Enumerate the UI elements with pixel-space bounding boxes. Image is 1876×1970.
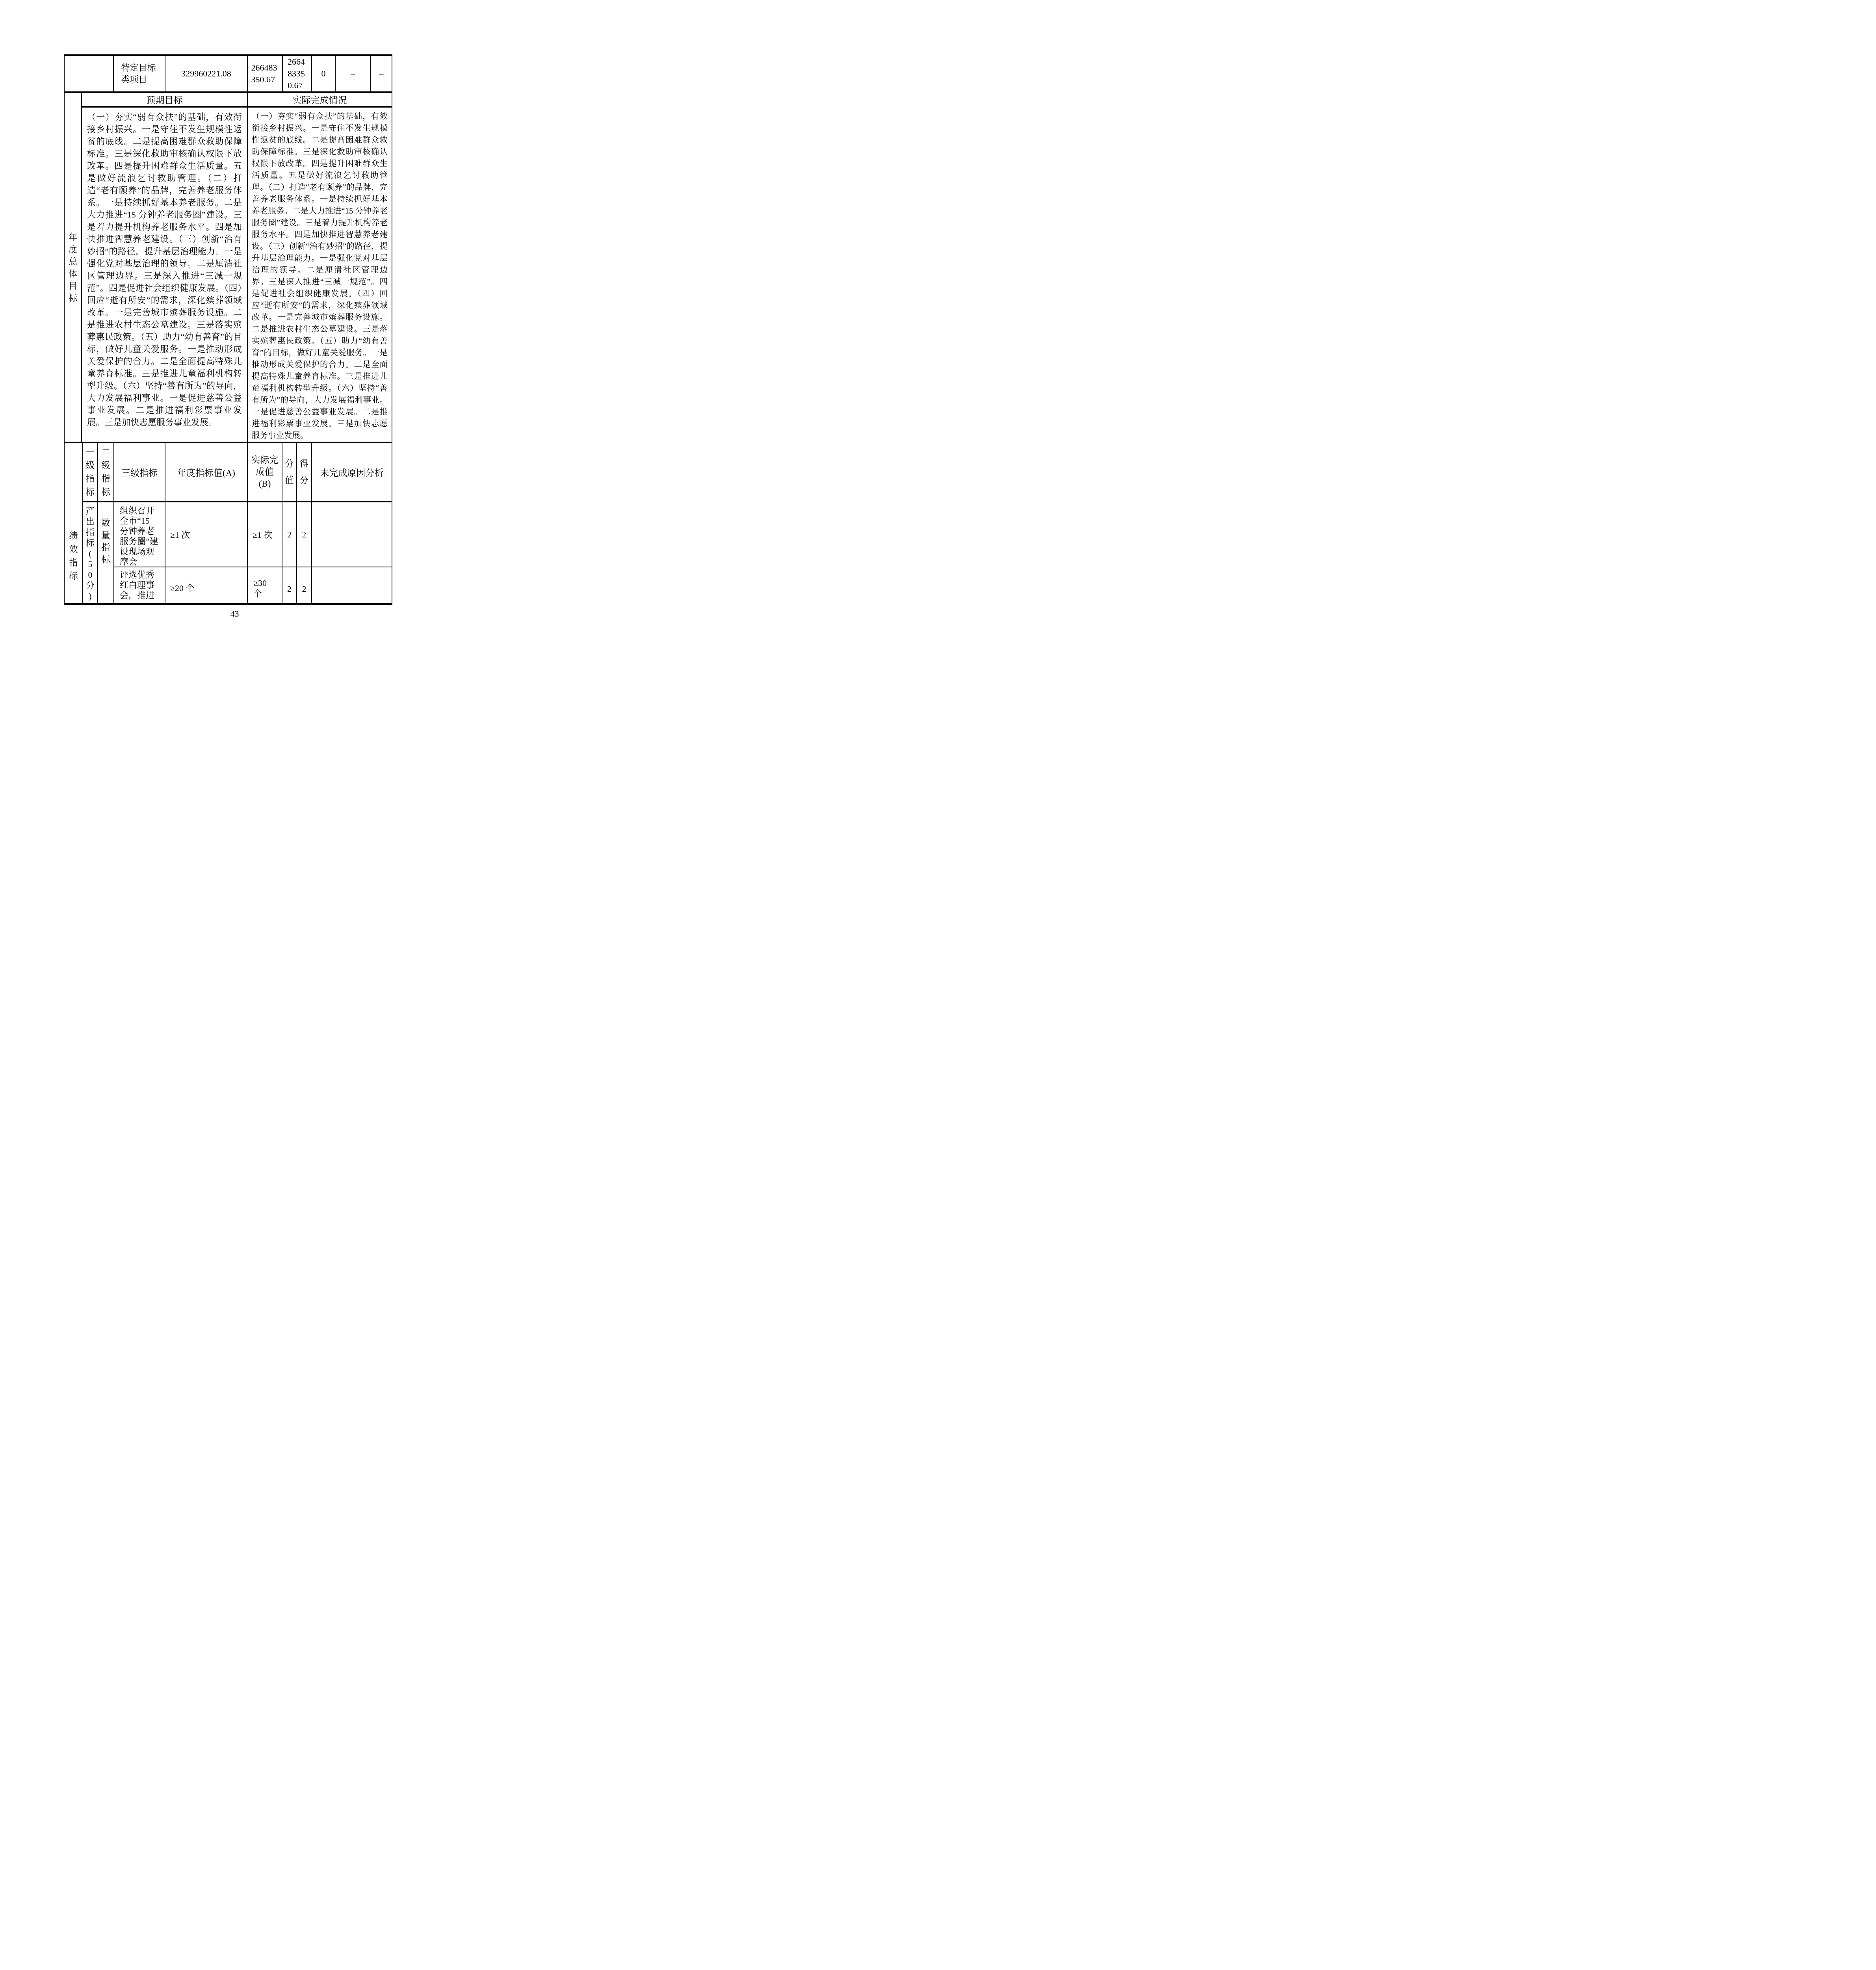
row1-reason xyxy=(312,502,392,567)
amount-cell-3: 266483350.67 xyxy=(283,56,312,91)
row2-actual: ≥30 个 xyxy=(248,567,282,603)
row1-earned: 2 xyxy=(297,502,312,567)
row1-target: ≥1 次 xyxy=(165,502,248,567)
annual-goal-section: 年度总体目标 预期目标 实际完成情况 （一）夯实“弱有众扶”的基础，有效衔接乡村… xyxy=(64,93,392,443)
header-earned: 得分 xyxy=(297,443,312,502)
indicator-table: 绩效指标 一级指标 二级指标 三级指标 年度指标值(A) 实际完成值(B) 分值… xyxy=(64,443,392,605)
amount-cell-4: 0 xyxy=(312,56,336,91)
row2-earned: 2 xyxy=(297,567,312,603)
page-number: 43 xyxy=(0,609,469,619)
dash-cell-2: – xyxy=(371,56,392,91)
row2-score: 2 xyxy=(282,567,297,603)
header-level2: 二级指标 xyxy=(98,443,114,502)
header-reason-analysis: 未完成原因分析 xyxy=(312,443,392,502)
annual-goal-row-label: 年度总体目标 xyxy=(69,231,77,304)
group-output-indicator: 产出指标(50分) xyxy=(86,506,95,601)
row2-target: ≥20 个 xyxy=(165,567,248,603)
amount-cell-1: 329960221.08 xyxy=(165,56,248,91)
actual-completion-header: 实际完成情况 xyxy=(248,93,392,108)
group-quantity-indicator: 数量指标 xyxy=(102,517,110,565)
header-actual-value: 实际完成值(B) xyxy=(248,443,282,502)
header-score: 分值 xyxy=(282,443,297,502)
group-quantity-indicator-cell: 数量指标 xyxy=(98,502,114,603)
expected-goal-text: （一）夯实“弱有众扶”的基础，有效衔接乡村振兴。一是守住不发生规模性返贫的底线。… xyxy=(82,108,248,442)
row2-indicator: 评选优秀红白理事会，推进 xyxy=(114,567,165,603)
row2-reason xyxy=(312,567,392,603)
amount-cell-2: 266483350.67 xyxy=(248,56,283,91)
annual-goal-row-label-cell: 年度总体目标 xyxy=(65,93,82,442)
dash-cell-1: – xyxy=(336,56,371,91)
blank-cell xyxy=(65,56,114,91)
project-category-cell: 特定目标类项目 xyxy=(114,56,165,91)
row1-actual: ≥1 次 xyxy=(248,502,282,567)
indicator-section-label: 绩效指标 xyxy=(69,529,78,583)
row1-score: 2 xyxy=(282,502,297,567)
actual-completion-text: （一）夯实“弱有众扶”的基础，有效衔接乡村振兴。一是守住不发生规模性返贫的底线。… xyxy=(248,108,392,442)
expected-goal-header: 预期目标 xyxy=(82,93,248,108)
indicator-section-label-cell: 绩效指标 xyxy=(65,443,83,603)
top-summary-row: 特定目标类项目 329960221.08 266483350.67 266483… xyxy=(64,54,392,93)
header-annual-value: 年度指标值(A) xyxy=(165,443,248,502)
header-level3: 三级指标 xyxy=(114,443,165,502)
project-category-label: 特定目标类项目 xyxy=(121,62,158,85)
group-output-indicator-cell: 产出指标(50分) xyxy=(83,502,98,603)
document-page: 特定目标类项目 329960221.08 266483350.67 266483… xyxy=(0,0,469,663)
header-level1: 一级指标 xyxy=(83,443,98,502)
row1-indicator: 组织召开全市“15 分钟养老服务圈”建设现场观摩会 xyxy=(114,502,165,567)
